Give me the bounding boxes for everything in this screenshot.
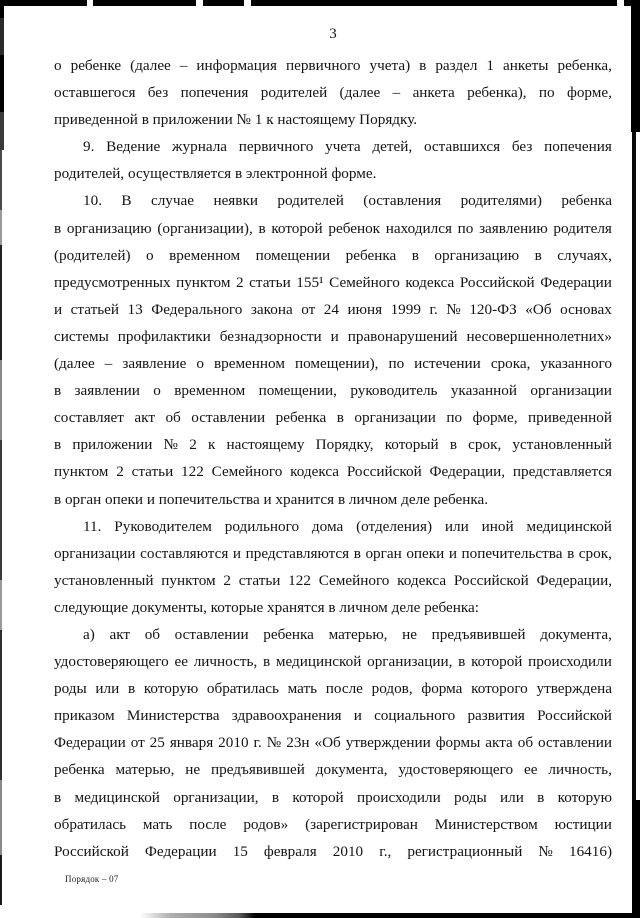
text-line: оребенке(далее–информацияпервичногоучета… [54,52,612,79]
body-text: оребенке(далее–информацияпервичногоучета… [54,52,612,865]
text-line: (далее–заявлениеовременномпомещении),пои… [54,350,612,377]
text-line: взаявленииовременномпомещении,руководите… [54,377,612,404]
text-line: оставшегосябезпопеченияродителей(далее–а… [54,79,612,106]
document-page: 3 оребенке(далее–информацияпервичногоуче… [0,0,640,918]
text-line: (родителей)овременномпомещенииребенкавор… [54,242,612,269]
text-line: РоссийскойФедерации15февраля2010г.,регис… [54,838,612,865]
scan-border-bottom [140,913,640,918]
footer-code: Порядок – 07 [65,874,119,884]
page-number: 3 [54,26,612,43]
scan-border-right-bottom [632,800,640,918]
text-line: следующие документы, которые хранятся в … [54,594,612,621]
text-line: в орган опеки и попечительства и хранитс… [54,486,612,513]
text-line: предусмотренныхпунктом2статьи155¹Семейно… [54,269,612,296]
text-line: родителей, осуществляется в электронной … [54,160,612,187]
text-line: приказомМинистерстваздравоохраненияисоци… [54,702,612,729]
scan-border-left-top [0,0,4,150]
text-line: истатьей13Федеральногозаконаот24июня1999… [54,296,612,323]
text-line: организациисоставляютсяипредставляютсяво… [54,540,612,567]
text-line: 9.Ведениежурналапервичногоучетадетей,ост… [54,133,612,160]
text-line: 11.Руководителемродильногодома(отделения… [54,513,612,540]
text-line: ребенкаматерью,непредъявившейдокумента,у… [54,756,612,783]
text-line: 10.Вслучаенеявкиродителей(оставленияроди… [54,187,612,214]
text-line: вмедицинскойорганизации,вкоторойпроисход… [54,784,612,811]
text-line: Федерацииот25января2010г.№23н«Обутвержде… [54,729,612,756]
scan-border-top [0,0,640,6]
text-line: приведенной в приложении № 1 к настоящем… [54,106,612,133]
text-line: установленныйпунктом2статьи122Семейногок… [54,567,612,594]
text-line: пунктом2статьи122СемейногокодексаРоссийс… [54,458,612,485]
text-line: составляетактобоставленииребенкаворганиз… [54,404,612,431]
text-line: удостоверяющегоееличность,вмедицинскойор… [54,648,612,675]
text-line: обратиласьматьпослеродов»(зарегистрирова… [54,811,612,838]
scan-border-right-top [631,0,640,132]
text-line: родыиливкоторуюобратиласьматьпослеродов,… [54,675,612,702]
scan-border-right-mid [632,132,636,800]
text-line: а)актобоставленииребенкаматерью,непредъя… [54,621,612,648]
text-line: вприложении№2кнастоящемуПорядку,которыйв… [54,431,612,458]
text-line: системыпрофилактикибезнадзорностииправон… [54,323,612,350]
scan-border-left-mid [0,150,2,905]
text-line: ворганизацию(организации),вкоторойребено… [54,215,612,242]
